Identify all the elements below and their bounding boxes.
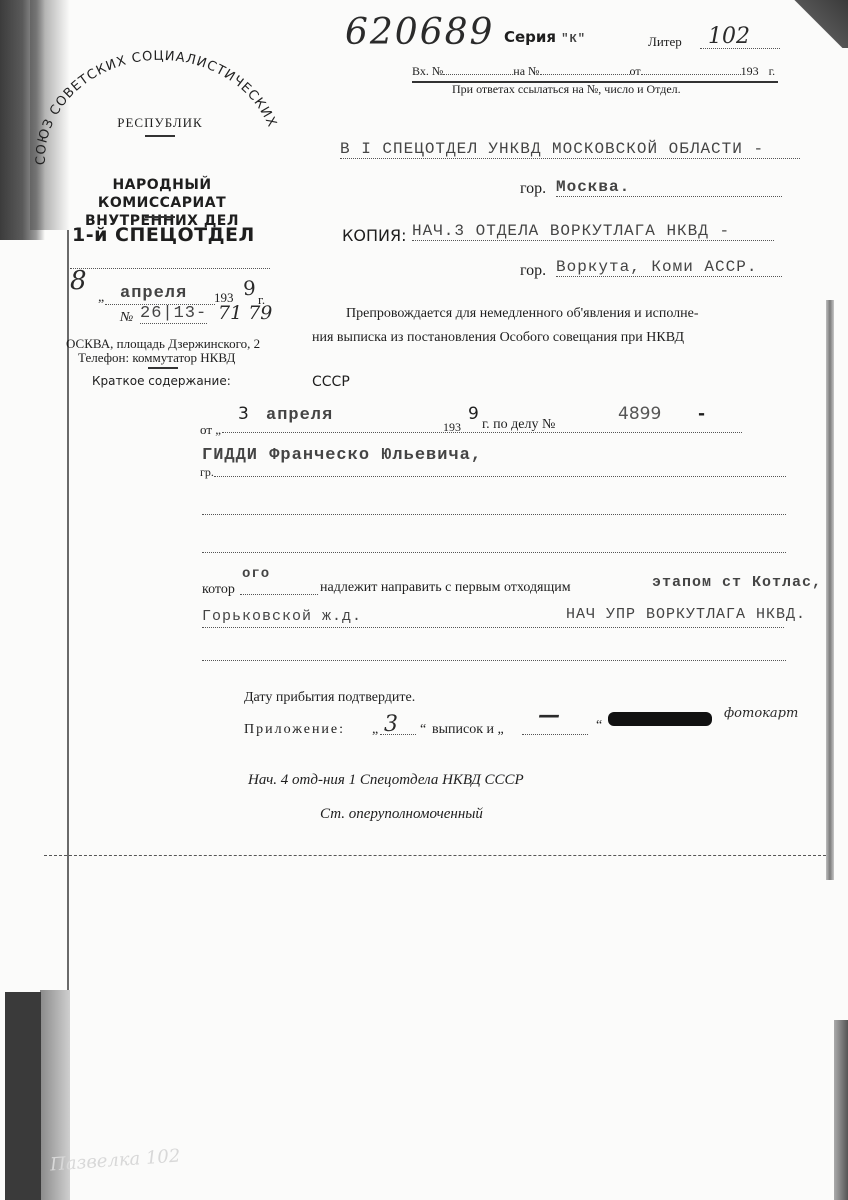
copy-label: КОПИЯ: (342, 226, 406, 245)
recipient-main: В I СПЕЦОТДЕЛ УНКВД МОСКОВСКОЙ ОБЛАСТИ - (340, 140, 800, 159)
issue-number: 26|13- (140, 304, 207, 324)
blank-rule (202, 660, 786, 661)
department-title: 1-й СПЕЦОТДЕЛ (72, 224, 255, 246)
attachment-rule (380, 734, 416, 735)
binder-edge-bottom (5, 992, 41, 1200)
railway-rule (202, 627, 784, 628)
liter-value: 102 (708, 24, 750, 49)
citizen-rule (214, 476, 786, 477)
decision-year-digit: 9 (468, 404, 479, 424)
tear-line (44, 855, 826, 856)
liter-field: 102 (700, 28, 780, 49)
attachment-label: Приложение: (244, 722, 345, 738)
number-label: № (120, 310, 133, 326)
destination: НАЧ УПР ВОРКУТЛАГА НКВД. (566, 606, 806, 623)
decision-month: апреля (266, 406, 333, 425)
issue-number-handwritten: 71 79 (218, 302, 272, 324)
commissariat-title: НАРОДНЫЙ КОМИССАРИАТ ВНУТРЕННИХ ДЕЛ (52, 176, 272, 230)
issue-month: апреля (120, 284, 187, 303)
decision-day: 3 (238, 404, 249, 424)
archive-number: 620689 (345, 12, 494, 53)
series-label: Серия "К" (504, 28, 586, 46)
folded-corner (790, 0, 848, 48)
intro-line-3: СССР (312, 374, 350, 390)
decision-year: 193 (443, 420, 461, 435)
issue-year-digit: 9 (243, 276, 256, 300)
reply-note: При ответах ссылаться на №, число и Отде… (452, 82, 681, 97)
copy-recipient: НАЧ.3 ОТДЕЛА ВОРКУТЛАГА НКВД - (412, 222, 774, 241)
attachment-text: выписок и „ (432, 722, 504, 738)
intro-line-2: ния выписка из постановления Особого сов… (312, 330, 684, 346)
case-number: 4899 (618, 404, 661, 424)
intro-line-1: Препровождается для немедленного об'явле… (346, 306, 699, 322)
page-edge-right (826, 300, 834, 880)
page-edge-right-lower (834, 1020, 848, 1200)
photos-rule (522, 734, 588, 735)
which-rule (240, 594, 318, 595)
railway: Горьковской ж.д. (202, 608, 362, 625)
blank-rule (202, 552, 786, 553)
send-text: надлежит направить с первым отходящим (320, 580, 571, 596)
case-dash: - (698, 404, 705, 424)
attachment-tail: фотокарт (724, 706, 798, 721)
recipient-city: Москва. (556, 178, 782, 197)
signature-title-1: Нач. 4 отд-ния 1 Спецотдела НКВД СССР (248, 772, 524, 789)
arc-heading: СОЮЗ СОВЕТСКИХ СОЦИАЛИСТИЧЕСКИХ (20, 40, 300, 170)
blank-rule (202, 514, 786, 515)
summary-label: Краткое содержание: (92, 374, 231, 388)
confirm-text: Дату прибытия подтвердите. (244, 690, 415, 706)
citizen-name: ГИДДИ Франческо Юльевича, (202, 446, 482, 465)
divider (145, 216, 175, 218)
photos-count: — (538, 702, 560, 728)
incoming-line: Вх. № на № от 193 г. (412, 64, 778, 83)
which-label: котор (202, 582, 235, 598)
liter-label: Литер (648, 34, 682, 50)
issue-day: 8 (70, 266, 87, 296)
copy-city: Воркута, Коми АССР. (556, 258, 782, 277)
date-rule (70, 268, 270, 269)
divider (145, 135, 175, 137)
citizen-label: гр. (200, 465, 214, 480)
which-suffix: ого (242, 566, 270, 582)
svg-text:СОЮЗ СОВЕТСКИХ СОЦИАЛИСТИЧЕСКИ: СОЮЗ СОВЕТСКИХ СОЦИАЛИСТИЧЕСКИХ (34, 49, 280, 165)
republic-label: РЕСПУБЛИК (100, 115, 220, 131)
redaction-mark (608, 712, 712, 726)
copy-city-label: гор. (520, 262, 546, 280)
divider (148, 367, 178, 369)
phone: Телефон: коммутатор НКВД (78, 350, 235, 366)
send-destination: этапом ст Котлас, (652, 574, 822, 591)
signature-title-2: Ст. оперуполномоченный (320, 806, 483, 823)
city-label: гор. (520, 180, 546, 198)
case-label: г. по делу № (482, 417, 555, 433)
decision-from-label: от „ (200, 422, 221, 438)
